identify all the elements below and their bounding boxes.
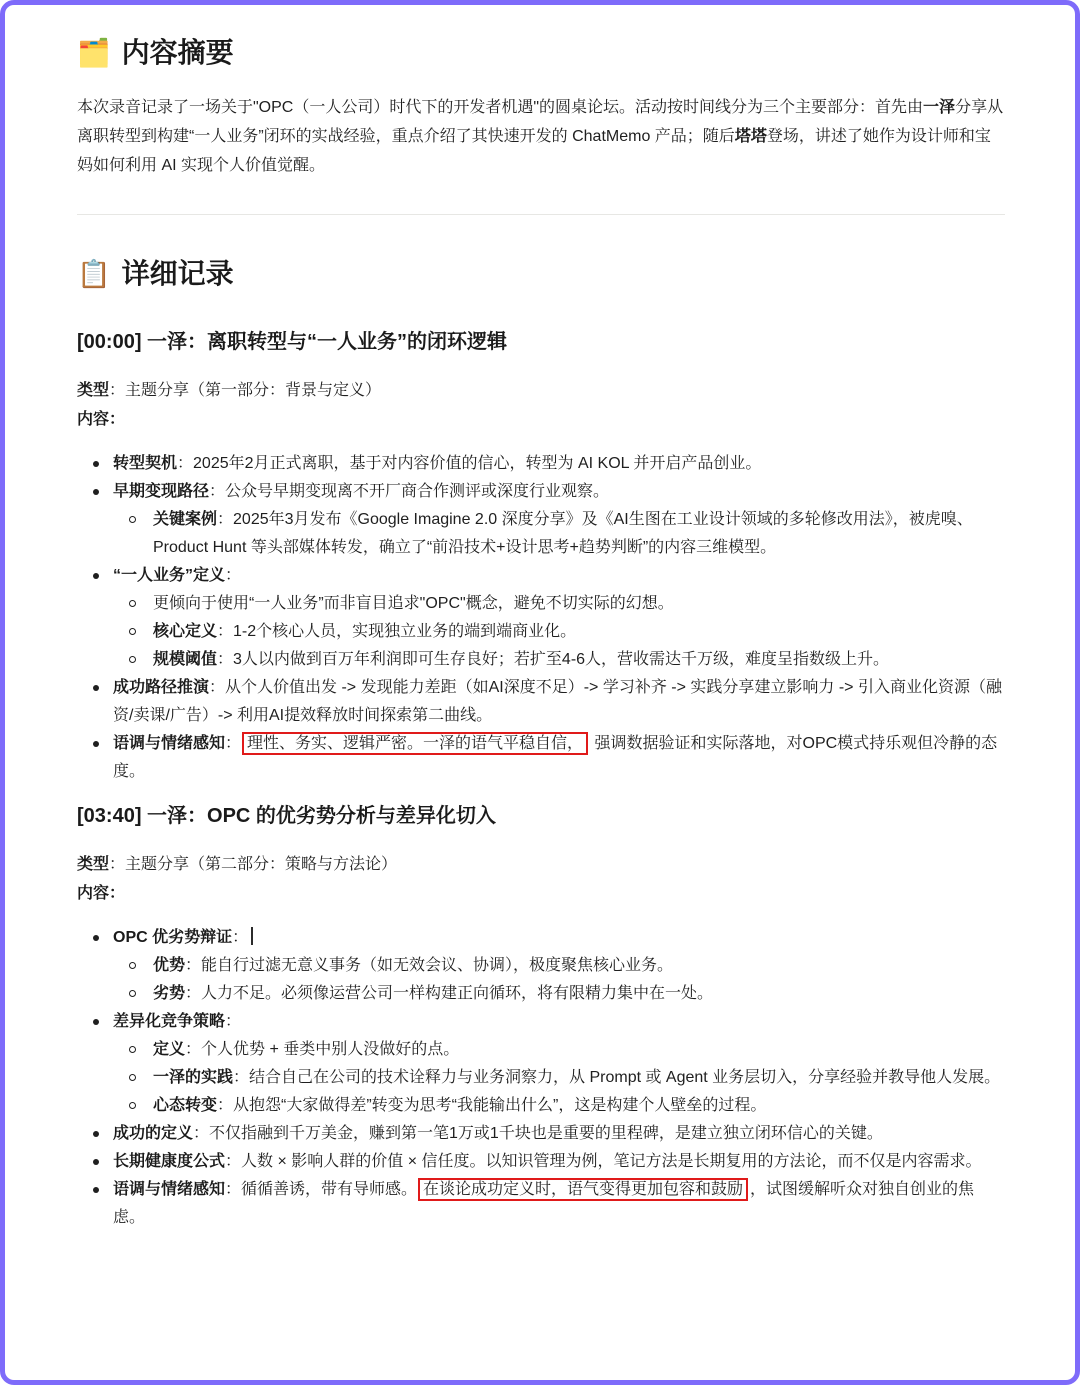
- list-item[interactable]: 早期变现路径：公众号早期变现离不开厂商合作测评或深度行业观察。 关键案例：202…: [77, 478, 1005, 562]
- list-item[interactable]: 长期健康度公式：人数 × 影响人群的价值 × 信任度。以知识管理为例，笔记方法是…: [77, 1148, 1005, 1176]
- item-text: ：: [225, 1013, 241, 1030]
- summary-section-heading[interactable]: 🗂️ 内容摘要: [77, 35, 1005, 71]
- item-text: ：1-2个核心人员，实现独立业务的端到端商业化。: [217, 623, 576, 640]
- item-text: ：从个人价值出发 -> 发现能力差距（如AI深度不足）-> 学习补齐 -> 实践…: [113, 679, 1002, 724]
- item-text: ：个人优势 + 垂类中别人没做好的点。: [185, 1041, 459, 1058]
- card-index-dividers-icon: 🗂️: [77, 35, 111, 71]
- list-item[interactable]: “一人业务”定义： 更倾向于使用“一人业务”而非盲目追求"OPC"概念，避免不切…: [77, 562, 1005, 674]
- item-lead: 语调与情绪感知: [113, 735, 225, 752]
- hollow-bullet-icon: [129, 990, 136, 997]
- bullet-icon: [93, 741, 99, 747]
- hollow-bullet-icon: [129, 1102, 136, 1109]
- content-label: 内容：: [77, 885, 125, 902]
- list-item[interactable]: OPC 优劣势辩证： 优势：能自行过滤无意义事务（如无效会议、协调），极度聚焦核…: [77, 924, 1005, 1008]
- hollow-bullet-icon: [129, 516, 136, 523]
- item-lead: 一泽的实践: [153, 1069, 233, 1086]
- list-item[interactable]: 定义：个人优势 + 垂类中别人没做好的点。: [113, 1036, 1005, 1064]
- item-text: ：公众号早期变现离不开厂商合作测评或深度行业观察。: [209, 483, 609, 500]
- hollow-bullet-icon: [129, 600, 136, 607]
- item-lead: 关键案例: [153, 511, 217, 528]
- item-lead: 长期健康度公式: [113, 1153, 225, 1170]
- item-lead: 心态转变: [153, 1097, 217, 1114]
- sub-list: 优势：能自行过滤无意义事务（如无效会议、协调），极度聚焦核心业务。 劣势：人力不…: [113, 952, 1005, 1008]
- item-text: ：3人以内做到百万年利润即可生存良好；若扩至4-6人，营收需达千万级，难度呈指数…: [217, 651, 889, 668]
- hollow-bullet-icon: [129, 962, 136, 969]
- bullet-icon: [93, 1019, 99, 1025]
- highlighted-text: 在谈论成功定义时，语气变得更加包容和鼓励: [418, 1178, 748, 1201]
- list-item[interactable]: 语调与情绪感知：循循善诱，带有导师感。在谈论成功定义时，语气变得更加包容和鼓励，…: [77, 1176, 1005, 1232]
- part1-heading[interactable]: [00:00] 一泽：离职转型与“一人业务”的闭环逻辑: [77, 328, 1005, 356]
- item-lead: 劣势: [153, 985, 185, 1002]
- part1-list: 转型契机：2025年2月正式离职，基于对内容价值的信心，转型为 AI KOL 并…: [77, 450, 1005, 786]
- list-item[interactable]: 一泽的实践：结合自己在公司的技术诠释力与业务洞察力，从 Prompt 或 Age…: [113, 1064, 1005, 1092]
- sub-list: 关键案例：2025年3月发布《Google Imagine 2.0 深度分享》及…: [113, 506, 1005, 562]
- text-cursor-caret: [251, 927, 253, 945]
- list-item[interactable]: 成功的定义：不仅指融到千万美金，赚到第一笔1万或1千块也是重要的里程碑，是建立独…: [77, 1120, 1005, 1148]
- bullet-icon: [93, 489, 99, 495]
- section-divider: [77, 214, 1005, 215]
- hollow-bullet-icon: [129, 1074, 136, 1081]
- document-page: 🗂️ 内容摘要 本次录音记录了一场关于"OPC（一人公司）时代下的开发者机遇"的…: [0, 0, 1080, 1385]
- bullet-icon: [93, 935, 99, 941]
- clipboard-icon: 📋: [77, 256, 111, 292]
- item-lead: 早期变现路径: [113, 483, 209, 500]
- item-text: ：能自行过滤无意义事务（如无效会议、协调），极度聚焦核心业务。: [185, 957, 673, 974]
- bullet-icon: [93, 1131, 99, 1137]
- item-text: ：: [225, 567, 241, 584]
- hollow-bullet-icon: [129, 628, 136, 635]
- item-text: ：人力不足。必须像运营公司一样构建正向循环，将有限精力集中在一处。: [185, 985, 713, 1002]
- item-text: ：从抱怨“大家做得差”转变为思考“我能输出什么”，这是构建个人壁垒的过程。: [217, 1097, 766, 1114]
- list-item[interactable]: 语调与情绪感知：理性、务实、逻辑严密。一泽的语气平稳自信， 强调数据验证和实际落…: [77, 730, 1005, 786]
- sub-list: 更倾向于使用“一人业务”而非盲目追求"OPC"概念，避免不切实际的幻想。 核心定…: [113, 590, 1005, 674]
- item-lead: 定义: [153, 1041, 185, 1058]
- speaker-name-tata: 塔塔: [735, 128, 767, 145]
- speaker-name-yize: 一泽: [923, 99, 955, 116]
- list-item[interactable]: 劣势：人力不足。必须像运营公司一样构建正向循环，将有限精力集中在一处。: [113, 980, 1005, 1008]
- type-value: ：主题分享（第二部分：策略与方法论）: [109, 856, 397, 873]
- item-text: ：2025年2月正式离职，基于对内容价值的信心，转型为 AI KOL 并开启产品…: [177, 455, 761, 472]
- type-label: 类型: [77, 382, 109, 399]
- highlighted-text: 理性、务实、逻辑严密。一泽的语气平稳自信，: [242, 732, 588, 755]
- item-text: ：结合自己在公司的技术诠释力与业务洞察力，从 Prompt 或 Agent 业务…: [233, 1069, 1000, 1086]
- item-lead: 核心定义: [153, 623, 217, 640]
- part1-type-line[interactable]: 类型：主题分享（第一部分：背景与定义）: [77, 376, 1005, 405]
- part1-content-label[interactable]: 内容：: [77, 405, 1005, 434]
- list-item[interactable]: 心态转变：从抱怨“大家做得差”转变为思考“我能输出什么”，这是构建个人壁垒的过程…: [113, 1092, 1005, 1120]
- bullet-icon: [93, 1159, 99, 1165]
- list-item[interactable]: 转型契机：2025年2月正式离职，基于对内容价值的信心，转型为 AI KOL 并…: [77, 450, 1005, 478]
- item-lead: 语调与情绪感知: [113, 1181, 225, 1198]
- part2-list: OPC 优劣势辩证： 优势：能自行过滤无意义事务（如无效会议、协调），极度聚焦核…: [77, 924, 1005, 1232]
- bullet-icon: [93, 1187, 99, 1193]
- sub-list: 定义：个人优势 + 垂类中别人没做好的点。 一泽的实践：结合自己在公司的技术诠释…: [113, 1036, 1005, 1120]
- summary-title: 内容摘要: [122, 35, 234, 71]
- list-item[interactable]: 成功路径推演：从个人价值出发 -> 发现能力差距（如AI深度不足）-> 学习补齐…: [77, 674, 1005, 730]
- list-item[interactable]: 规模阈值：3人以内做到百万年利润即可生存良好；若扩至4-6人，营收需达千万级，难…: [113, 646, 1005, 674]
- bullet-icon: [93, 461, 99, 467]
- list-item[interactable]: 优势：能自行过滤无意义事务（如无效会议、协调），极度聚焦核心业务。: [113, 952, 1005, 980]
- part2-content-label[interactable]: 内容：: [77, 879, 1005, 908]
- item-lead: 差异化竞争策略: [113, 1013, 225, 1030]
- type-value: ：主题分享（第一部分：背景与定义）: [109, 382, 381, 399]
- item-lead: OPC 优劣势辩证: [113, 929, 232, 946]
- hollow-bullet-icon: [129, 656, 136, 663]
- item-text: ：: [225, 735, 241, 752]
- list-item[interactable]: 关键案例：2025年3月发布《Google Imagine 2.0 深度分享》及…: [113, 506, 1005, 562]
- item-text: ：2025年3月发布《Google Imagine 2.0 深度分享》及《AI生…: [153, 511, 973, 556]
- item-lead: 优势: [153, 957, 185, 974]
- item-text: ：循循善诱，带有导师感。: [225, 1181, 417, 1198]
- summary-paragraph[interactable]: 本次录音记录了一场关于"OPC（一人公司）时代下的开发者机遇"的圆桌论坛。活动按…: [77, 93, 1005, 180]
- part2-heading[interactable]: [03:40] 一泽：OPC 的优劣势分析与差异化切入: [77, 802, 1005, 830]
- content-label: 内容：: [77, 411, 125, 428]
- hollow-bullet-icon: [129, 1046, 136, 1053]
- bullet-icon: [93, 685, 99, 691]
- item-text: 更倾向于使用“一人业务”而非盲目追求"OPC"概念，避免不切实际的幻想。: [153, 595, 674, 612]
- part2-type-line[interactable]: 类型：主题分享（第二部分：策略与方法论）: [77, 850, 1005, 879]
- item-lead: 成功路径推演: [113, 679, 209, 696]
- list-item[interactable]: 差异化竞争策略： 定义：个人优势 + 垂类中别人没做好的点。 一泽的实践：结合自…: [77, 1008, 1005, 1120]
- item-lead: “一人业务”定义: [113, 567, 225, 584]
- details-section-heading[interactable]: 📋 详细记录: [77, 256, 1005, 292]
- item-text: ：: [232, 929, 248, 946]
- item-lead: 转型契机: [113, 455, 177, 472]
- type-label: 类型: [77, 856, 109, 873]
- item-lead: 规模阈值: [153, 651, 217, 668]
- details-title: 详细记录: [122, 256, 234, 292]
- bullet-icon: [93, 573, 99, 579]
- list-item[interactable]: 核心定义：1-2个核心人员，实现独立业务的端到端商业化。: [113, 618, 1005, 646]
- item-text: ：不仅指融到千万美金，赚到第一笔1万或1千块也是重要的里程碑，是建立独立闭环信心…: [193, 1125, 883, 1142]
- list-item[interactable]: 更倾向于使用“一人业务”而非盲目追求"OPC"概念，避免不切实际的幻想。: [113, 590, 1005, 618]
- summary-text: 本次录音记录了一场关于"OPC（一人公司）时代下的开发者机遇"的圆桌论坛。活动按…: [77, 99, 923, 116]
- item-text: ：人数 × 影响人群的价值 × 信任度。以知识管理为例，笔记方法是长期复用的方法…: [225, 1153, 981, 1170]
- item-lead: 成功的定义: [113, 1125, 193, 1142]
